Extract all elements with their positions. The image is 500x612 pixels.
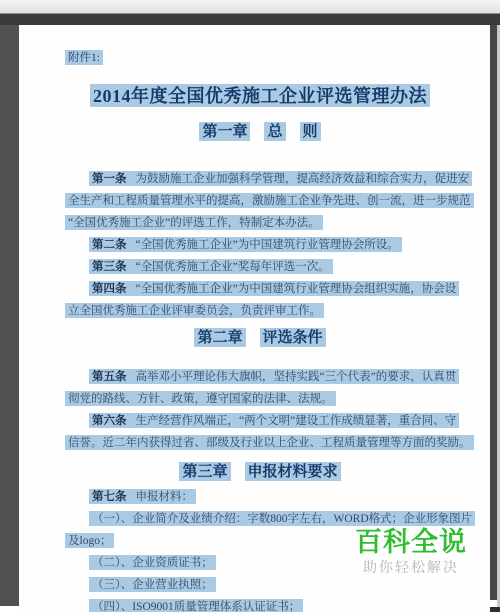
line-text: （四）、ISO9001质量管理体系认证证书； — [92, 601, 300, 612]
highlighted-text: 全生产和工程质量管理水平的提高，激励施工企业争先进、创一流，进一步规范 — [65, 193, 474, 208]
highlighted-text: 附件1: — [65, 50, 103, 65]
line-text: “全国优秀施工企业”为中国建筑行业管理协会组织实施，协会设 — [136, 283, 457, 295]
paragraph-line: “全国优秀施工企业”的评选工作，特制定本办法。 — [65, 212, 455, 234]
line-text: 彻党的路线、方针、政策，遵守国家的法律、法规。 — [68, 393, 333, 405]
line-text: “全国优秀施工企业”的评选工作，特制定本办法。 — [68, 217, 320, 229]
paragraph-line: 彻党的路线、方针、政策，遵守国家的法律、法规。 — [65, 388, 455, 410]
article-number: 第四条 — [92, 283, 127, 295]
document-page[interactable]: 附件1:2014年度全国优秀施工企业评选管理办法第一章总则第一条为鼓励施工企业加… — [19, 25, 490, 612]
heading-part: 申报材料要求 — [245, 462, 341, 481]
line-text: （二）、企业资质证书； — [92, 557, 213, 569]
paragraph-line: 第五条高举邓小平理论伟大旗帜，坚持实践“三个代表”的要求，认真贯 — [65, 366, 455, 388]
paragraph-line: 第四条“全国优秀施工企业”为中国建筑行业管理协会组织实施，协会设 — [65, 278, 455, 300]
line-text: 全生产和工程质量管理水平的提高，激励施工企业争先进、创一流，进一步规范 — [68, 195, 471, 207]
article-number: 第三条 — [92, 261, 127, 273]
paragraph-line: （三）、企业营业执照； — [65, 574, 455, 596]
line-text: （一）、企业简介及业绩介绍：字数800字左右，WORD格式；企业形象图片 — [92, 513, 472, 525]
paragraph-line: 第七条申报材料： — [65, 486, 455, 508]
heading-part: 第三章 — [179, 462, 230, 481]
article-number: 第七条 — [92, 491, 127, 503]
heading-part: 评选条件 — [260, 328, 326, 347]
line-text: 生产经营作风端正，“两个文明”建设工作成绩显著，重合同、守 — [136, 415, 457, 427]
highlighted-text: 信誉。近二年内获得过省、部级及行业以上企业、工程质量管理等方面的奖励。 — [65, 435, 474, 450]
line-text: 及logo； — [68, 535, 111, 547]
paragraph-line: 第二条“全国优秀施工企业”为中国建筑行业管理协会所设。 — [65, 234, 455, 256]
chapter-heading: 第三章申报材料要求 — [65, 462, 455, 482]
highlighted-text: 第五条高举邓小平理论伟大旗帜，坚持实践“三个代表”的要求，认真贯 — [89, 369, 459, 384]
document-title: 2014年度全国优秀施工企业评选管理办法 — [65, 85, 455, 107]
page-left-gutter — [0, 25, 19, 606]
attachment-label: 附件1: — [65, 50, 455, 66]
line-text: 申报材料： — [136, 491, 194, 503]
highlighted-text: （三）、企业营业执照； — [89, 577, 216, 592]
line-text: 高举邓小平理论伟大旗帜，坚持实践“三个代表”的要求，认真贯 — [136, 371, 457, 383]
article-number: 第六条 — [92, 415, 127, 427]
paragraph-line: 立全国优秀施工企业评审委员会，负责评审工作。 — [65, 300, 455, 322]
paragraph-line: 第六条生产经营作风端正，“两个文明”建设工作成绩显著，重合同、守 — [65, 410, 455, 432]
line-text: “全国优秀施工企业”为中国建筑行业管理协会所设。 — [136, 239, 399, 251]
highlighted-text: （二）、企业资质证书； — [89, 555, 216, 570]
watermark-brand: 百科全说 — [355, 527, 467, 557]
line-text: 立全国优秀施工企业评审委员会，负责评审工作。 — [68, 305, 321, 317]
document-viewer: 附件1:2014年度全国优秀施工企业评选管理办法第一章总则第一条为鼓励施工企业加… — [0, 0, 500, 612]
chapter-heading: 第一章总则 — [65, 122, 455, 142]
heading-part: 则 — [300, 122, 321, 141]
highlighted-text: 第七条申报材料： — [89, 489, 196, 504]
paragraph-line: 第三条“全国优秀施工企业”奖每年评选一次。 — [65, 256, 455, 278]
heading-part: 第一章 — [199, 122, 250, 141]
window-chrome-band — [0, 14, 500, 25]
highlighted-text: 第四条“全国优秀施工企业”为中国建筑行业管理协会组织实施，协会设 — [89, 281, 459, 296]
paragraph-line: 信誉。近二年内获得过省、部级及行业以上企业、工程质量管理等方面的奖励。 — [65, 432, 455, 454]
line-text: 信誉。近二年内获得过省、部级及行业以上企业、工程质量管理等方面的奖励。 — [68, 437, 471, 449]
paragraph-line: （四）、ISO9001质量管理体系认证证书； — [65, 596, 455, 612]
chapter-heading: 第二章评选条件 — [65, 328, 455, 348]
watermark-tagline: 助你轻松解决 — [355, 559, 467, 576]
line-text: （三）、企业营业执照； — [92, 579, 213, 591]
paragraph-line: 第一条为鼓励施工企业加强科学管理，提高经济效益和综合实力，促进安 — [65, 168, 455, 190]
highlighted-text: （一）、企业简介及业绩介绍：字数800字左右，WORD格式；企业形象图片 — [89, 511, 475, 526]
highlighted-text: “全国优秀施工企业”的评选工作，特制定本办法。 — [65, 215, 323, 230]
highlighted-text: 第三条“全国优秀施工企业”奖每年评选一次。 — [89, 259, 333, 274]
watermark: 百科全说 助你轻松解决 — [355, 527, 467, 576]
highlighted-text: （四）、ISO9001质量管理体系认证证书； — [89, 599, 303, 612]
highlighted-text: 及logo； — [65, 533, 114, 548]
highlighted-text: 彻党的路线、方针、政策，遵守国家的法律、法规。 — [65, 391, 336, 406]
heading-part: 第二章 — [194, 328, 245, 347]
page-right-gutter — [490, 25, 497, 600]
highlighted-text: 第二条“全国优秀施工企业”为中国建筑行业管理协会所设。 — [89, 237, 402, 252]
line-text: “全国优秀施工企业”奖每年评选一次。 — [136, 261, 330, 273]
highlighted-text: 第六条生产经营作风端正，“两个文明”建设工作成绩显著，重合同、守 — [89, 413, 459, 428]
highlighted-text: 2014年度全国优秀施工企业评选管理办法 — [90, 84, 430, 107]
article-number: 第五条 — [92, 371, 127, 383]
highlighted-text: 立全国优秀施工企业评审委员会，负责评审工作。 — [65, 303, 324, 318]
line-text: 为鼓励施工企业加强科学管理，提高经济效益和综合实力，促进安 — [136, 173, 470, 185]
article-number: 第一条 — [92, 173, 127, 185]
heading-part: 总 — [264, 122, 285, 141]
highlighted-text: 第一条为鼓励施工企业加强科学管理，提高经济效益和综合实力，促进安 — [89, 171, 472, 186]
article-number: 第二条 — [92, 239, 127, 251]
paragraph-line: 全生产和工程质量管理水平的提高，激励施工企业争先进、创一流，进一步规范 — [65, 190, 455, 212]
title-bar — [0, 0, 500, 14]
